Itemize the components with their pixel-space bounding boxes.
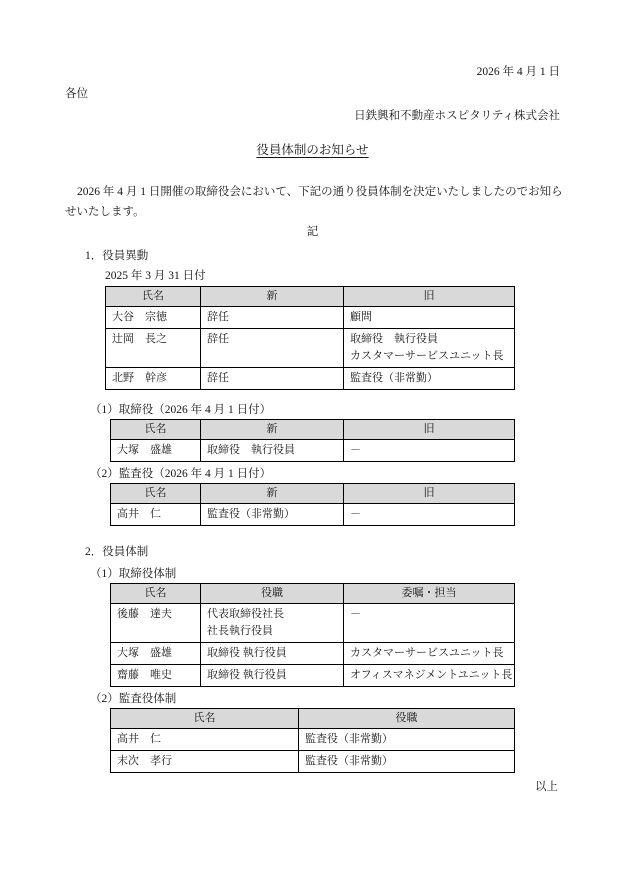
table-header-row: 氏名 新 旧 — [111, 420, 515, 440]
cell-name: 辻岡 長之 — [106, 329, 201, 368]
table-row: 末次 孝行 監査役（非常勤） — [111, 751, 515, 773]
intro-line-1: 2026 年 4 月 1 日開催の取締役会において、下記の通り役員体制を決定いた… — [65, 182, 560, 202]
header-duty: 委嘱・担当 — [344, 584, 515, 604]
intro-paragraph: 2026 年 4 月 1 日開催の取締役会において、下記の通り役員体制を決定いた… — [65, 182, 560, 222]
cell-duty: カスタマーサービスユニット長 — [344, 643, 515, 665]
document-title: 役員体制のお知らせ — [65, 140, 560, 160]
table-row: 北野 幹彦 辞任 監査役（非常勤） — [106, 368, 515, 390]
auditor-structure-table: 氏名 役職 高井 仁 監査役（非常勤） 末次 孝行 監査役（非常勤） — [110, 708, 515, 773]
table-row: 齋藤 唯史 取締役 執行役員 オフィスマネジメントユニット長 — [111, 665, 515, 687]
cell-role: 監査役（非常勤） — [299, 729, 515, 751]
table-header-row: 氏名 役職 委嘱・担当 — [111, 584, 515, 604]
officer-change-table: 氏名 新 旧 大谷 宗徳 辞任 顧問 辻岡 長之 辞任 取締役 執行役員 カスタ… — [105, 286, 515, 390]
cell-name: 高井 仁 — [111, 504, 201, 526]
cell-new: 取締役 執行役員 — [201, 440, 344, 462]
section2-sub2-heading: （2）監査役体制 — [90, 690, 560, 708]
header-new: 新 — [201, 287, 344, 307]
header-old: 旧 — [344, 287, 515, 307]
header-name: 氏名 — [111, 420, 201, 440]
table-row: 大塚 盛雄 取締役 執行役員 カスタマーサービスユニット長 — [111, 643, 515, 665]
cell-name: 北野 幹彦 — [106, 368, 201, 390]
table-row: 高井 仁 監査役（非常勤） — [111, 729, 515, 751]
table-header-row: 氏名 新 旧 — [106, 287, 515, 307]
cell-role: 監査役（非常勤） — [299, 751, 515, 773]
table-row: 大塚 盛雄 取締役 執行役員 － — [111, 440, 515, 462]
new-auditor-table: 氏名 新 旧 高井 仁 監査役（非常勤） － — [110, 483, 515, 526]
cell-old: 監査役（非常勤） — [344, 368, 515, 390]
cell-name: 大塚 盛雄 — [111, 440, 201, 462]
header-name: 氏名 — [111, 484, 201, 504]
table-row: 辻岡 長之 辞任 取締役 執行役員 カスタマーサービスユニット長 — [106, 329, 515, 368]
header-new: 新 — [201, 420, 344, 440]
cell-new: 辞任 — [201, 368, 344, 390]
header-old: 旧 — [344, 484, 515, 504]
cell-name: 大谷 宗徳 — [106, 307, 201, 329]
header-name: 氏名 — [111, 709, 299, 729]
cell-role: 取締役 執行役員 — [201, 643, 344, 665]
header-role: 役職 — [299, 709, 515, 729]
cell-old: 顧問 — [344, 307, 515, 329]
section1-sub1-heading: （1）取締役（2026 年 4 月 1 日付） — [90, 401, 560, 419]
cell-old: 取締役 執行役員 カスタマーサービスユニット長 — [344, 329, 515, 368]
table-row: 大谷 宗徳 辞任 顧問 — [106, 307, 515, 329]
header-old: 旧 — [344, 420, 515, 440]
cell-new: 辞任 — [201, 307, 344, 329]
document-date: 2026 年 4 月 1 日 — [65, 62, 560, 82]
cell-old: － — [344, 504, 515, 526]
header-new: 新 — [201, 484, 344, 504]
document-page: 2026 年 4 月 1 日 各位 日鉄興和不動産ホスピタリティ株式会社 役員体… — [0, 0, 626, 885]
section1-effective-date: 2025 年 3 月 31 日付 — [105, 266, 560, 286]
cell-duty: オフィスマネジメントユニット長 — [344, 665, 515, 687]
cell-role: 代表取締役社長 社長執行役員 — [201, 604, 344, 643]
recipient-label: 各位 — [65, 84, 560, 104]
cell-duty: － — [344, 604, 515, 643]
new-director-table: 氏名 新 旧 大塚 盛雄 取締役 執行役員 － — [110, 419, 515, 462]
section1-heading: 1．役員異動 — [85, 246, 560, 266]
cell-name: 齋藤 唯史 — [111, 665, 201, 687]
section2-heading: 2．役員体制 — [85, 542, 560, 562]
header-role: 役職 — [201, 584, 344, 604]
table-row: 後藤 達夫 代表取締役社長 社長執行役員 － — [111, 604, 515, 643]
company-name: 日鉄興和不動産ホスピタリティ株式会社 — [65, 106, 560, 126]
section1-sub2-heading: （2）監査役（2026 年 4 月 1 日付） — [90, 465, 560, 483]
intro-line-2: せいたします。 — [65, 202, 560, 222]
closing-mark: 以上 — [65, 777, 560, 797]
director-structure-table: 氏名 役職 委嘱・担当 後藤 達夫 代表取締役社長 社長執行役員 － 大塚 盛雄… — [110, 583, 515, 687]
cell-new: 辞任 — [201, 329, 344, 368]
cell-role: 取締役 執行役員 — [201, 665, 344, 687]
record-mark: 記 — [65, 222, 560, 242]
cell-old: － — [344, 440, 515, 462]
cell-name: 末次 孝行 — [111, 751, 299, 773]
cell-name: 大塚 盛雄 — [111, 643, 201, 665]
cell-name: 高井 仁 — [111, 729, 299, 751]
table-row: 高井 仁 監査役（非常勤） － — [111, 504, 515, 526]
header-name: 氏名 — [106, 287, 201, 307]
cell-new: 監査役（非常勤） — [201, 504, 344, 526]
section2-sub1-heading: （1）取締役体制 — [90, 565, 560, 583]
table-header-row: 氏名 役職 — [111, 709, 515, 729]
cell-name: 後藤 達夫 — [111, 604, 201, 643]
header-name: 氏名 — [111, 584, 201, 604]
table-header-row: 氏名 新 旧 — [111, 484, 515, 504]
